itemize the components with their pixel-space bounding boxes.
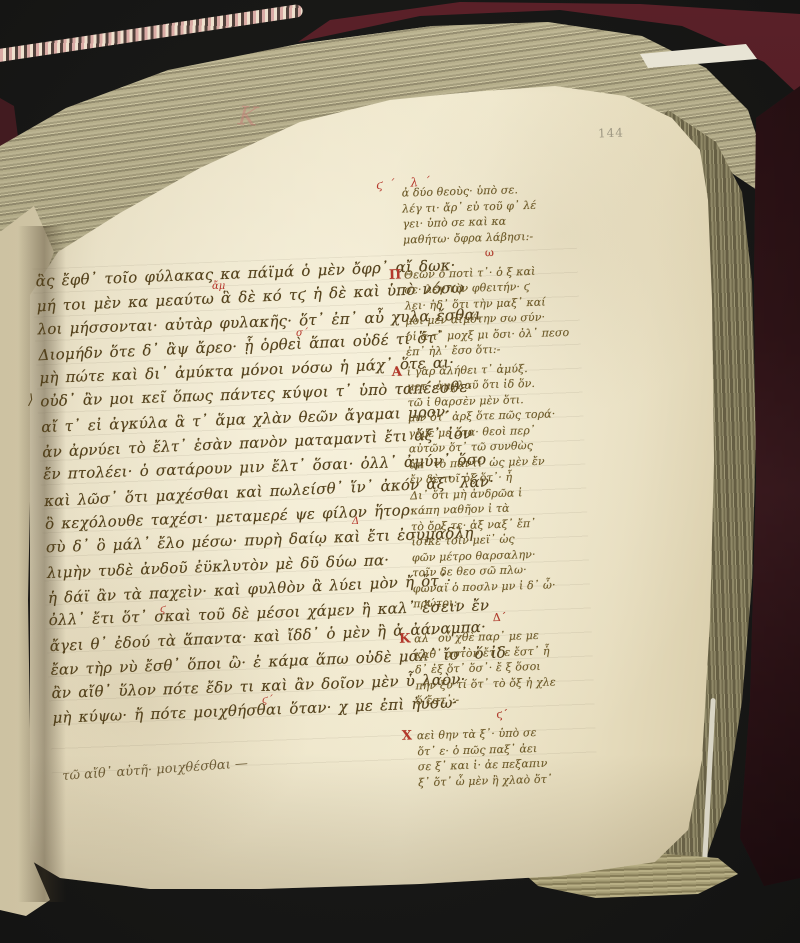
- scholion-block: ἀ δύο θεοὺς· ὑπὸ σε.λέγ τι· ἄρ᾽ εὐ τοῦ φ…: [402, 181, 576, 263]
- manuscript-photo: K 144 ἃς ἔφθ᾽ τοῖο φύλακας κα πάϊμά ὁ μὲ…: [0, 0, 800, 943]
- margin-diple-mark: ⟩: [28, 392, 33, 408]
- rubric-mark: σ´: [296, 328, 308, 339]
- rubric-initial: Α: [392, 364, 403, 380]
- main-text-lines: ἃς ἔφθ᾽ τοῖο φύλακας κα πάϊμά ὁ μὲν ὄφρ᾽…: [35, 255, 420, 730]
- rubric-mark: Δ: [352, 516, 359, 527]
- scholia-blocks: ἀ δύο θεοὺς· ὑπὸ σε.λέγ τι· ἄρ᾽ εὐ τοῦ φ…: [402, 181, 591, 795]
- rubric-mark: ἄμ: [212, 281, 225, 292]
- rubric-initial: Κ: [399, 631, 411, 647]
- scholion-block: Καλ᾽ οὗ χθὲ παρ᾽ με μεκαθ᾽ αυτὸν ἔτ᾽ ε ἔ…: [414, 627, 589, 725]
- rubric-initial: Π: [389, 267, 402, 283]
- rubric-initial: Χ: [402, 728, 413, 744]
- scholion-block: Αἰ γὰρ ἀλήθει τ᾽ ἀμύξ.μετ᾽ ἀμχλαῦ ὅτι ἰδ…: [407, 359, 586, 627]
- rubric-mark: ϛ: [160, 604, 166, 615]
- rubric-mark: ϛ´: [262, 695, 273, 706]
- folio-number: 144: [598, 126, 624, 141]
- scholion-block: Χαεὶ θην τὰ ξ᾽· ὑπὸ σεὅτ᾽ ε· ὁ πῶς παξ᾽ …: [417, 724, 591, 791]
- scholion-block: ΠΘεῶν ὁ ποτὶ τ᾽· ὁ ξ καὶσε· λέγ τὴν φθει…: [404, 262, 579, 360]
- ink-offset-mark: K: [237, 101, 258, 132]
